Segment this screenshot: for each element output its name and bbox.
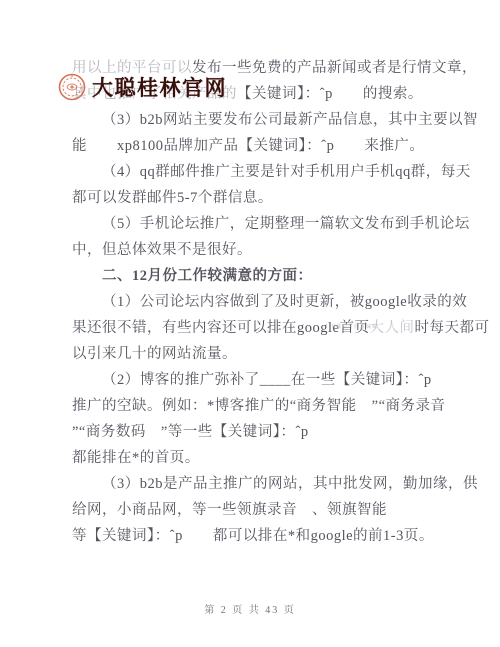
text-line: （3）b2b是产品主推广的网站，其中批发网，勤加缘，供 xyxy=(72,471,440,497)
text-line: （5）手机论坛推广，定期整理一篇软文发布到手机论坛 xyxy=(72,211,440,237)
heading-line: 二、12月份工作较满意的方面： xyxy=(72,263,440,289)
text-segment: 等【关键词】：ˆp 都可以排在*和google的前1-3页。 xyxy=(72,528,434,544)
text-line: 能 xp8100品牌加产品【关键词】：ˆp 来推广。 xyxy=(72,133,440,159)
text-line: （4）qq群邮件推广主要是针对手机用户手机qq群，每天 xyxy=(72,159,440,185)
text-line: （1）公司论坛内容做到了及时更新，被google收录的效 xyxy=(72,289,440,315)
text-line: 中，但总体效果不是很好。 xyxy=(72,237,440,263)
text-line: 推广的空缺。例如：*博客推广的“商务智能 ”“商务录音 xyxy=(72,393,440,419)
text-segment: 都能排在*的首页。 xyxy=(72,450,200,466)
text-line: 都可以发群邮件5-7个群信息。 xyxy=(72,185,440,211)
footer-page-number: 第 2 页 共 43 页 xyxy=(0,601,500,616)
text-line: （2）博客的推广弥补了____在一些【关键词】：ˆp xyxy=(72,367,440,393)
text-segment: 果还很不错，有些内容还可以排在google首页 xyxy=(72,320,369,336)
site-watermark-label: 大聪桂林官网 xyxy=(92,72,227,102)
text-segment: ”“商务数码 ”等一些【关键词】：ˆp xyxy=(72,424,309,440)
site-watermark: 大聪桂林官网 xyxy=(58,71,227,103)
text-segment: 二、12月份工作较满意的方面： xyxy=(102,268,313,284)
text-segment: （5）手机论坛推广，定期整理一篇软文发布到手机论坛 xyxy=(102,216,470,232)
text-line: 果还很不错，有些内容还可以排在google首页大人间时每天都可 xyxy=(72,315,440,341)
text-segment: （1）公司论坛内容做到了及时更新，被google收录的效 xyxy=(102,294,467,310)
text-segment: 给网，小商品网，等一些领旗录音 、领旗智能 xyxy=(72,502,387,518)
text-segment: 时每天都可 xyxy=(414,320,489,336)
text-line: 给网，小商品网，等一些领旗录音 、领旗智能 xyxy=(72,497,440,523)
text-line: ”“商务数码 ”等一些【关键词】：ˆp xyxy=(72,419,440,445)
text-segment: 推广的空缺。例如：*博客推广的“商务智能 ”“商务录音 xyxy=(72,398,446,414)
text-segment: 【关键词】：ˆp 的搜索。 xyxy=(237,86,423,102)
text-segment: （2）博客的推广弥补了____在一些【关键词】：ˆp xyxy=(102,372,432,388)
text-segment: （3）b2b是产品主推广的网站，其中批发网，勤加缘，供 xyxy=(102,476,478,492)
mid-watermark-small-text: 下载后可任意编辑 xyxy=(330,323,378,330)
text-segment: （3）b2b网站主要发布公司最新产品信息，其中主要以智 xyxy=(102,112,478,128)
text-line: 以引来几十的网站流量。 xyxy=(72,341,440,367)
document-body: 用以上的平台可以发布一些免费的产品新闻或者是行情文章，其中也推广了相关产品的【关… xyxy=(72,55,440,549)
text-segment: 都可以发群邮件5-7个群信息。 xyxy=(72,190,273,206)
document-page: 大聪桂林官网 用以上的平台可以发布一些免费的产品新闻或者是行情文章，其中也推广了… xyxy=(0,0,500,647)
text-segment: 中，但总体效果不是很好。 xyxy=(72,242,252,258)
text-segment: 发布一些免费的产品新闻或者是行情文章， xyxy=(192,60,477,76)
text-segment: （4）qq群邮件推广主要是针对手机用户手机qq群，每天 xyxy=(102,164,471,180)
text-line: 等【关键词】：ˆp 都可以排在*和google的前1-3页。 xyxy=(72,523,440,549)
red-seal-icon xyxy=(58,71,88,103)
text-segment: 能 xp8100品牌加产品【关键词】：ˆp 来推广。 xyxy=(72,138,424,154)
text-segment: 以引来几十的网站流量。 xyxy=(72,346,237,362)
text-line: （3）b2b网站主要发布公司最新产品信息，其中主要以智 xyxy=(72,107,440,133)
text-line: 都能排在*的首页。 xyxy=(72,445,440,471)
